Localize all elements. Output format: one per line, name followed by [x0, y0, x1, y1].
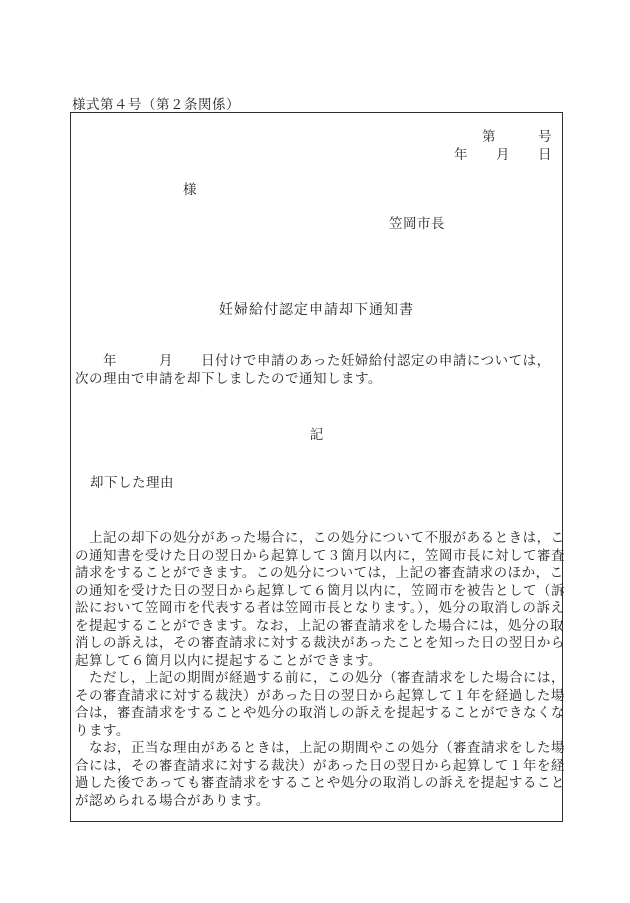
legal-notice-line: 起算して６箇月以内に提起することができます。	[75, 652, 556, 670]
legal-notice-line: の通知書を受けた日の翌日から起算して３箇月以内に，笠岡市長に対して審査	[75, 547, 556, 565]
intro-line-1: 年 月 日付けで申請のあった妊婦給付認定の申請については，	[75, 354, 551, 368]
legal-notice: 上記の却下の処分があった場合に，この処分について不服があるときは，こ の通知書を…	[75, 529, 556, 809]
rejection-reason-label: 却下した理由	[90, 476, 174, 490]
legal-notice-line: の通知を受けた日の翌日から起算して６箇月以内に，笠岡市を被告として（訴	[75, 582, 556, 600]
form-number-label: 様式第４号（第２条関係）	[72, 93, 240, 113]
document-page: 様式第４号（第２条関係） 第 号 年 月 日 様 笠岡市長 妊婦給付認定申請却下…	[0, 0, 630, 903]
intro-line-2: 次の理由で申請を却下しましたので通知します。	[75, 372, 382, 386]
legal-notice-line: 訟において笠岡市を代表する者は笠岡市長となります。），処分の取消しの訴え	[75, 599, 556, 617]
legal-notice-line: なお，正当な理由があるときは，上記の期間やこの処分（審査請求をした場	[75, 739, 556, 757]
legal-notice-line: ります。	[75, 722, 556, 740]
legal-notice-line: が認められる場合があります。	[75, 792, 556, 810]
legal-notice-line: 合は，審査請求をすることや処分の取消しの訴えを提起することができなくな	[75, 704, 556, 722]
addressee-honorific: 様	[183, 183, 197, 197]
legal-notice-line: その審査請求に対する裁決）があった日の翌日から起算して１年を経過した場	[75, 687, 556, 705]
legal-notice-line: 請求をすることができます。この処分については，上記の審査請求のほか，こ	[75, 564, 556, 582]
notice-title: 妊婦給付認定申請却下通知書	[71, 303, 562, 318]
notice-box: 第 号 年 月 日 様 笠岡市長 妊婦給付認定申請却下通知書 年 月 日付けで申…	[70, 112, 563, 822]
legal-notice-line: を提起することができます。なお，上記の審査請求をした場合には，処分の取	[75, 617, 556, 635]
legal-notice-line: 消しの訴えは，その審査請求に対する裁決があったことを知った日の翌日から	[75, 634, 556, 652]
record-heading: 記	[71, 428, 562, 442]
issue-date: 年 月 日	[454, 148, 552, 162]
sender-name: 笠岡市長	[389, 217, 445, 231]
legal-notice-line: 過した後であっても審査請求をすることや処分の取消しの訴えを提起すること	[75, 774, 556, 792]
legal-notice-line: ただし，上記の期間が経過する前に，この処分（審査請求をした場合には，	[75, 669, 556, 687]
doc-number: 第 号	[482, 130, 552, 144]
legal-notice-line: 合には，その審査請求に対する裁決）があった日の翌日から起算して１年を経	[75, 757, 556, 775]
legal-notice-line: 上記の却下の処分があった場合に，この処分について不服があるときは，こ	[75, 529, 556, 547]
